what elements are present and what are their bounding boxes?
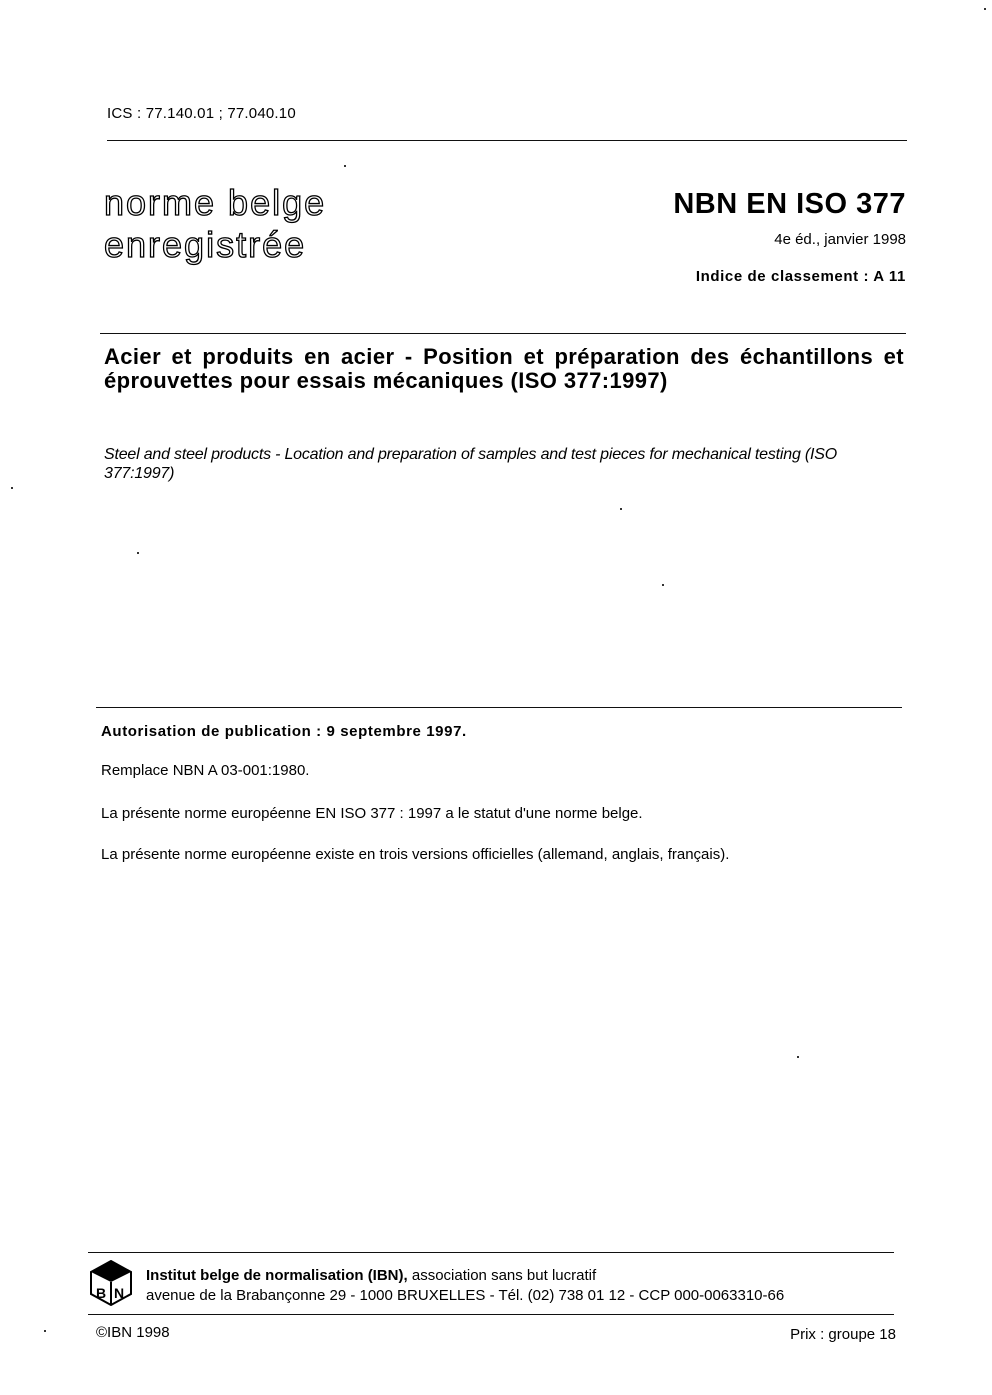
divider	[100, 333, 906, 334]
title-english: Steel and steel products - Location and …	[104, 445, 904, 483]
divider	[96, 707, 902, 708]
ics-code: ICS : 77.140.01 ; 77.040.10	[107, 105, 296, 122]
copyright: ©IBN 1998	[96, 1324, 170, 1341]
scan-speck	[662, 584, 664, 586]
svg-text:B: B	[96, 1285, 106, 1301]
edition-date: 4e éd., janvier 1998	[774, 231, 906, 248]
publication-authorisation: Autorisation de publication : 9 septembr…	[101, 723, 467, 740]
versions-note: La présente norme européenne existe en t…	[101, 846, 729, 863]
svg-text:N: N	[114, 1285, 124, 1301]
institute-type: association sans but lucratif	[408, 1267, 596, 1284]
ibn-cube-logo-icon: B N	[90, 1260, 132, 1306]
divider	[88, 1252, 894, 1253]
institute-address: avenue de la Brabançonne 29 - 1000 BRUXE…	[146, 1286, 784, 1306]
institute-info: Institut belge de normalisation (IBN), a…	[146, 1266, 784, 1306]
title-french: Acier et produits en acier - Position et…	[104, 345, 904, 393]
divider	[107, 140, 907, 141]
scan-speck	[137, 552, 139, 554]
scan-speck	[11, 487, 13, 489]
scan-speck	[797, 1056, 799, 1058]
brand-line-2: enregistrée	[104, 224, 326, 266]
classification-index: Indice de classement : A 11	[696, 268, 906, 285]
divider	[88, 1314, 894, 1315]
institute-name: Institut belge de normalisation (IBN),	[146, 1267, 408, 1284]
scan-speck	[984, 8, 986, 10]
brand-line-1: norme belge	[104, 182, 326, 224]
scan-speck	[344, 165, 346, 167]
brand-title: norme belge enregistrée	[104, 182, 326, 266]
standard-number: NBN EN ISO 377	[673, 188, 906, 221]
scan-speck	[44, 1330, 46, 1332]
status-note: La présente norme européenne EN ISO 377 …	[101, 805, 643, 822]
price-group: Prix : groupe 18	[790, 1326, 896, 1343]
scan-speck	[620, 508, 622, 510]
replaces-note: Remplace NBN A 03-001:1980.	[101, 762, 309, 779]
